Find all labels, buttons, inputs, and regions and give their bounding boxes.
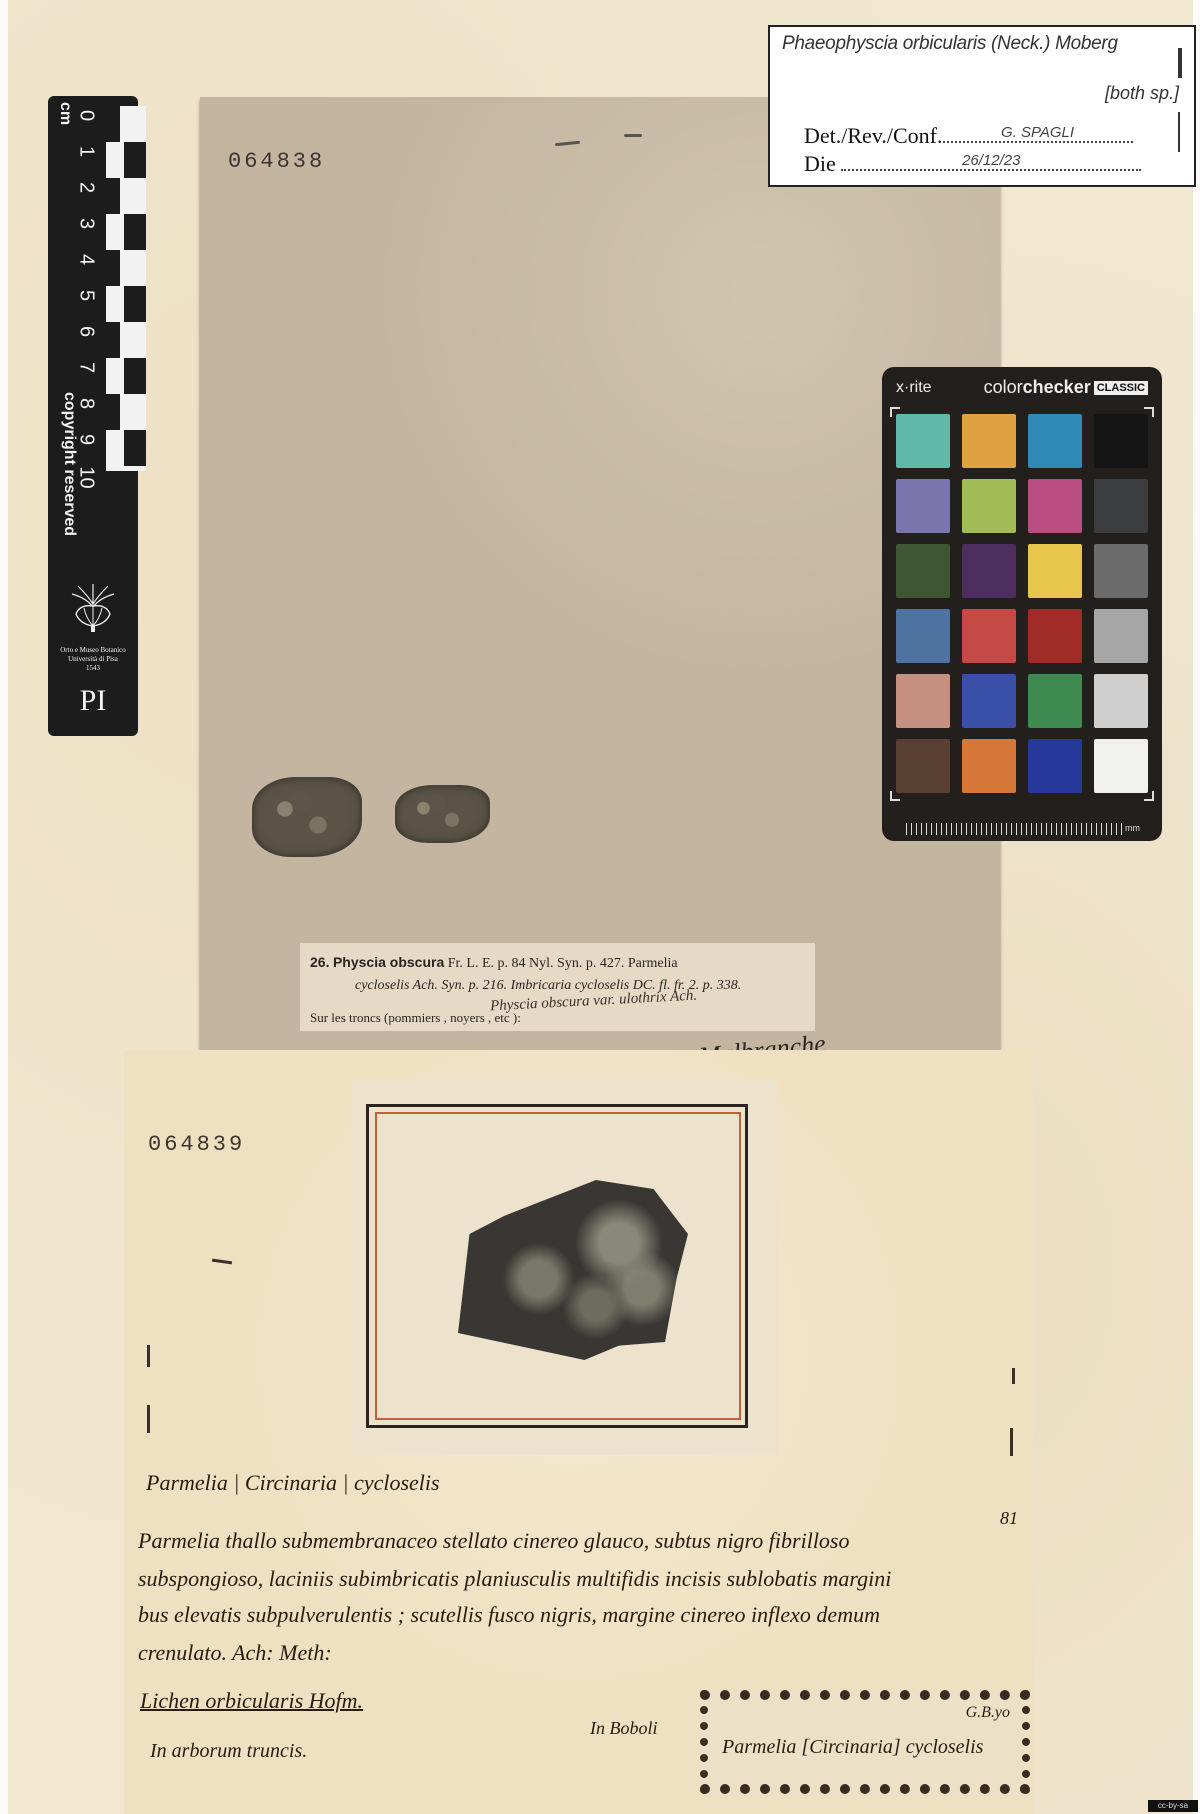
description-line: bus elevatis subpulverulentis ; scutelli… <box>138 1602 880 1628</box>
color-swatch <box>1028 544 1082 598</box>
color-swatch <box>896 674 950 728</box>
color-swatch <box>1094 674 1148 728</box>
color-swatch-grid <box>896 414 1148 793</box>
determination-date: 26/12/23 <box>841 152 1141 169</box>
color-swatch <box>896 479 950 533</box>
color-swatch <box>896 544 950 598</box>
catalog-number-2: 064839 <box>148 1132 245 1157</box>
herbarium-code: PI <box>48 684 138 718</box>
mm-scale <box>906 823 1126 835</box>
ink-mark <box>212 1259 232 1265</box>
color-swatch <box>1094 544 1148 598</box>
color-swatch <box>962 674 1016 728</box>
lichen-specimen <box>252 777 362 857</box>
specimen-1-packet: 064838 <box>200 97 1000 1077</box>
pin-icon <box>147 1405 150 1433</box>
color-swatch <box>1094 609 1148 663</box>
habitat-text: In arborum truncis. <box>150 1740 307 1763</box>
lichen-specimen <box>395 785 490 843</box>
color-swatch <box>1094 739 1148 793</box>
printed-exsiccata-label: 26. Physcia obscura Fr. L. E. p. 84 Nyl.… <box>300 943 815 1031</box>
pin-icon <box>1178 112 1180 152</box>
color-swatch <box>896 739 950 793</box>
color-swatch <box>1028 414 1082 468</box>
color-swatch <box>1094 479 1148 533</box>
ruler-unit: cm <box>56 102 74 125</box>
pin-icon <box>624 134 642 137</box>
page-number: 81 <box>1000 1508 1018 1529</box>
colorchecker-title: colorcheckerCLASSIC <box>984 377 1148 398</box>
color-swatch <box>1028 739 1082 793</box>
color-swatch <box>962 739 1016 793</box>
locality-text: In Boboli <box>590 1718 658 1739</box>
ornamental-label: G.B.yo Parmelia [Circinaria] cycloselis <box>700 1690 1030 1794</box>
catalog-number-1: 064838 <box>228 149 325 174</box>
color-swatch <box>1028 479 1082 533</box>
color-swatch <box>1094 414 1148 468</box>
fritillaria-logo-icon <box>68 576 118 636</box>
pin-icon <box>555 141 580 147</box>
description-line: Parmelia thallo submembranaceo stellato … <box>138 1528 850 1554</box>
handwritten-heading: Parmelia | Circinaria | cycloselis <box>146 1470 440 1496</box>
label-initials: G.B.yo <box>966 1704 1010 1722</box>
color-swatch <box>896 609 950 663</box>
pin-icon <box>1012 1368 1015 1384</box>
color-swatch <box>962 479 1016 533</box>
institution-text: Orto e Museo Botanico Università di Pisa… <box>48 646 138 673</box>
label-taxon: Parmelia [Circinaria] cycloselis <box>722 1736 983 1759</box>
determination-label: Phaeophyscia orbicularis (Neck.) Moberg … <box>768 25 1196 187</box>
color-swatch <box>896 414 950 468</box>
pin-icon <box>1178 48 1182 78</box>
determiner-name: G. SPAGLI <box>943 124 1133 141</box>
scale-ruler: cm 0 1 2 3 4 5 6 7 8 9 10 copyright rese… <box>48 96 138 736</box>
synonym-text: Lichen orbicularis Hofm. <box>140 1688 363 1714</box>
color-swatch <box>962 414 1016 468</box>
xrite-logo: x·rite <box>896 379 932 397</box>
color-swatch <box>1028 674 1082 728</box>
determination-note: [both sp.] <box>1105 83 1179 104</box>
license-badge: cc-by-sa <box>1148 1800 1198 1812</box>
color-checker-card: x·rite colorcheckerCLASSIC mm <box>882 367 1162 841</box>
description-line: crenulato. Ach: Meth: <box>138 1640 332 1666</box>
pin-icon <box>1010 1428 1013 1456</box>
copyright-text: copyright reserved <box>60 392 78 536</box>
taxon-name: Phaeophyscia orbicularis (Neck.) Moberg <box>782 33 1118 55</box>
ruler-scale-bar <box>106 106 146 471</box>
color-swatch <box>962 609 1016 663</box>
pin-icon <box>147 1345 150 1367</box>
color-swatch <box>962 544 1016 598</box>
color-swatch <box>1028 609 1082 663</box>
description-line: subspongioso, laciniis subimbricatis pla… <box>138 1566 891 1592</box>
